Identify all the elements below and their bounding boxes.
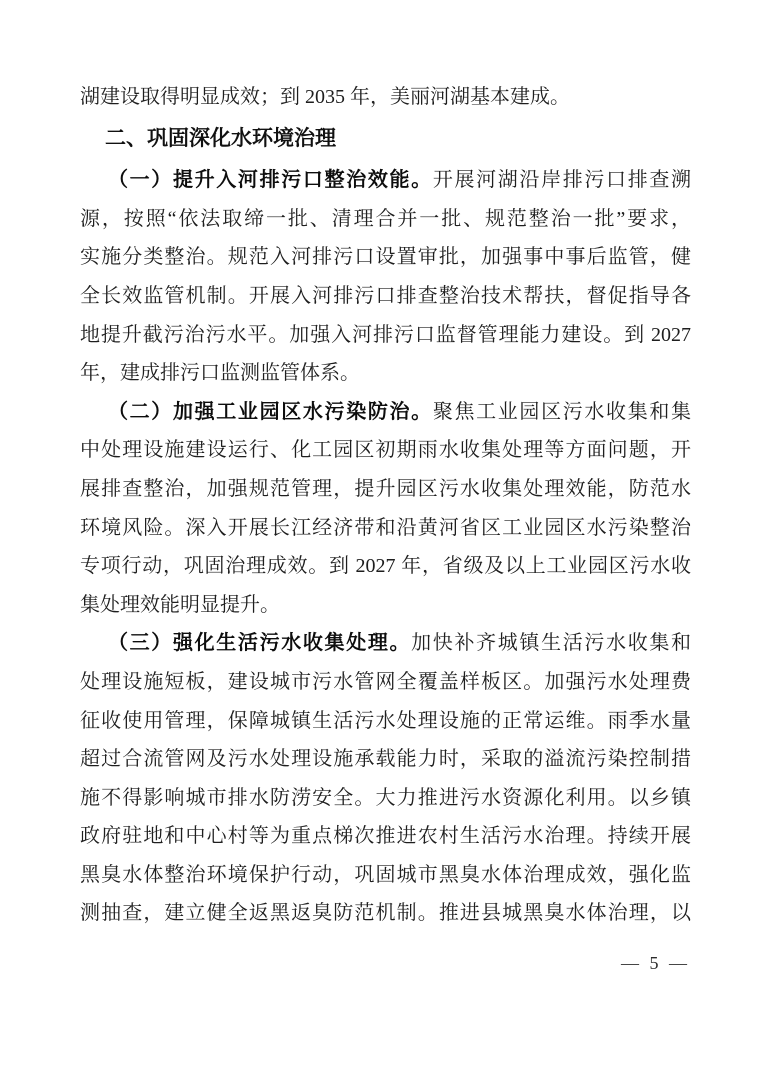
line-text: 集处理效能明显提升。 bbox=[80, 594, 280, 616]
line-text: 征收使用管理，保障城镇生活污水处理设施的正常运维。雨季水量 bbox=[80, 710, 691, 732]
line-text: 专项行动，巩固治理成效。到 2027 年，省级及以上工业园区污水收 bbox=[80, 555, 691, 577]
line-text: 实施分类整治。规范入河排污口设置审批，加强事中事后监管，健 bbox=[80, 246, 691, 268]
section-heading: 二、巩固深化水环境治理 bbox=[80, 120, 691, 159]
text-line: 源，按照“依法取缔一批、清理合并一批、规范整治一批”要求， bbox=[80, 200, 691, 239]
line-text: 全长效监管机制。开展入河排污口排查整治技术帮扶，督促指导各 bbox=[80, 285, 691, 307]
line-text: 地提升截污治污水平。加强入河排污口监督管理能力建设。到 2027 bbox=[80, 324, 691, 346]
text-line: （三）强化生活污水收集处理。加快补齐城镇生活污水收集和 bbox=[80, 624, 691, 663]
line-text: 展排查整治，加强规范管理，提升园区污水收集处理效能，防范水 bbox=[80, 478, 691, 500]
line-text: 加快补齐城镇生活污水收集和 bbox=[411, 632, 691, 654]
text-line: 专项行动，巩固治理成效。到 2027 年，省级及以上工业园区污水收 bbox=[80, 547, 691, 586]
paragraph-lead: （二）加强工业园区水污染防治。 bbox=[108, 401, 433, 423]
line-text: 湖建设取得明显成效；到 2035 年，美丽河湖基本建成。 bbox=[80, 86, 570, 108]
text-line: 施不得影响城市排水防涝安全。大力推进污水资源化利用。以乡镇 bbox=[80, 779, 691, 818]
line-text: 二、巩固深化水环境治理 bbox=[105, 127, 336, 150]
text-line: 湖建设取得明显成效；到 2035 年，美丽河湖基本建成。 bbox=[80, 78, 691, 117]
text-line: （二）加强工业园区水污染防治。聚焦工业园区污水收集和集 bbox=[80, 393, 691, 432]
document-page: 湖建设取得明显成效；到 2035 年，美丽河湖基本建成。二、巩固深化水环境治理（… bbox=[0, 0, 771, 1071]
text-line: （一）提升入河排污口整治效能。开展河湖沿岸排污口排查溯 bbox=[80, 161, 691, 200]
paragraph-lead: （三）强化生活污水收集处理。 bbox=[108, 632, 411, 654]
line-text: 开展河湖沿岸排污口排查溯 bbox=[433, 169, 691, 191]
text-line: 实施分类整治。规范入河排污口设置审批，加强事中事后监管，健 bbox=[80, 238, 691, 277]
text-line: 地提升截污治污水平。加强入河排污口监督管理能力建设。到 2027 bbox=[80, 316, 691, 355]
text-line: 中处理设施建设运行、化工园区初期雨水收集处理等方面问题，开 bbox=[80, 431, 691, 470]
line-text: 处理设施短板，建设城市污水管网全覆盖样板区。加强污水处理费 bbox=[80, 671, 691, 693]
line-text: 测抽查，建立健全返黑返臭防范机制。推进县城黑臭水体治理，以 bbox=[80, 902, 691, 924]
text-line: 全长效监管机制。开展入河排污口排查整治技术帮扶，督促指导各 bbox=[80, 277, 691, 316]
line-text: 年，建成排污口监测监管体系。 bbox=[80, 362, 360, 384]
text-line: 集处理效能明显提升。 bbox=[80, 586, 691, 625]
line-text: 黑臭水体整治环境保护行动，巩固城市黑臭水体治理成效，强化监 bbox=[80, 864, 691, 886]
text-line: 政府驻地和中心村等为重点梯次推进农村生活污水治理。持续开展 bbox=[80, 817, 691, 856]
line-text: 源，按照“依法取缔一批、清理合并一批、规范整治一批”要求， bbox=[80, 208, 691, 230]
line-text: 超过合流管网及污水处理设施承载能力时，采取的溢流污染控制措 bbox=[80, 748, 691, 770]
text-line: 处理设施短板，建设城市污水管网全覆盖样板区。加强污水处理费 bbox=[80, 663, 691, 702]
text-line: 测抽查，建立健全返黑返臭防范机制。推进县城黑臭水体治理，以 bbox=[80, 894, 691, 933]
text-line: 环境风险。深入开展长江经济带和沿黄河省区工业园区水污染整治 bbox=[80, 509, 691, 548]
text-line: 展排查整治，加强规范管理，提升园区污水收集处理效能，防范水 bbox=[80, 470, 691, 509]
line-text: 施不得影响城市排水防涝安全。大力推进污水资源化利用。以乡镇 bbox=[80, 787, 691, 809]
line-text: 中处理设施建设运行、化工园区初期雨水收集处理等方面问题，开 bbox=[80, 439, 691, 461]
paragraph-lead: （一）提升入河排污口整治效能。 bbox=[108, 169, 433, 191]
line-text: 政府驻地和中心村等为重点梯次推进农村生活污水治理。持续开展 bbox=[80, 825, 691, 847]
page-number: — 5 — bbox=[621, 953, 690, 974]
line-text: 聚焦工业园区污水收集和集 bbox=[433, 401, 691, 423]
line-text: 环境风险。深入开展长江经济带和沿黄河省区工业园区水污染整治 bbox=[80, 517, 691, 539]
document-body: 湖建设取得明显成效；到 2035 年，美丽河湖基本建成。二、巩固深化水环境治理（… bbox=[80, 78, 691, 933]
text-line: 年，建成排污口监测监管体系。 bbox=[80, 354, 691, 393]
text-line: 黑臭水体整治环境保护行动，巩固城市黑臭水体治理成效，强化监 bbox=[80, 856, 691, 895]
text-line: 超过合流管网及污水处理设施承载能力时，采取的溢流污染控制措 bbox=[80, 740, 691, 779]
text-line: 征收使用管理，保障城镇生活污水处理设施的正常运维。雨季水量 bbox=[80, 702, 691, 741]
